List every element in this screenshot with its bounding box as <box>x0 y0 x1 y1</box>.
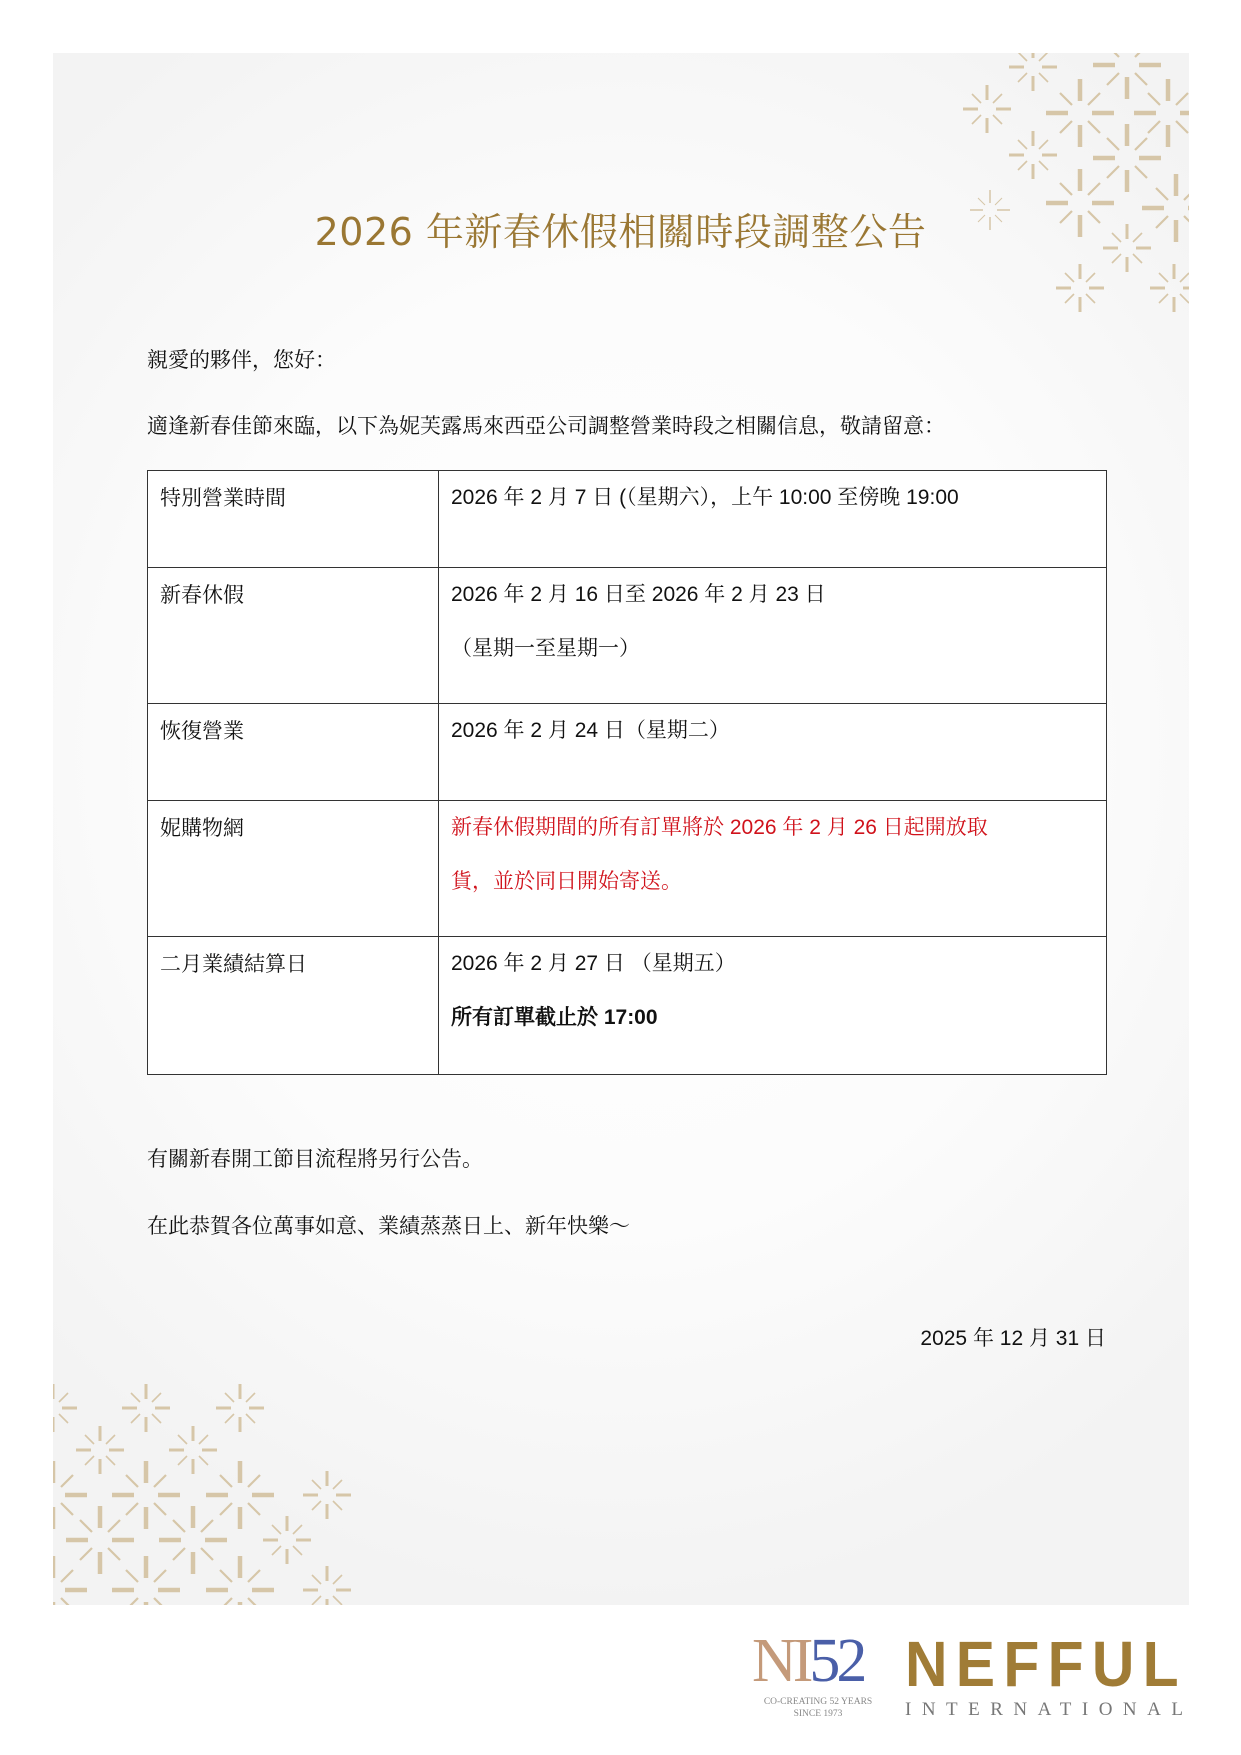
table-row: 特別營業時間 2026 年 2 月 7 日 (（星期六），上午 10:00 至傍… <box>148 471 1107 568</box>
row-label: 新春休假 <box>148 568 439 704</box>
table-row: 二月業績結算日 2026 年 2 月 27 日 （星期五） 所有訂單截止於 17… <box>148 937 1107 1075</box>
greeting-text: 親愛的夥伴，您好： <box>147 344 336 374</box>
row-value-highlight: 新春休假期間的所有訂單將於 2026 年 2 月 26 日起開放取 貨，並於同日… <box>439 801 1107 937</box>
row-label: 妮購物網 <box>148 801 439 937</box>
closing-greeting: 在此恭賀各位萬事如意、業績蒸蒸日上、新年快樂～ <box>147 1210 630 1240</box>
ni52-logo: NI52 CO-CREATING 52 YEARS SINCE 1973 <box>752 1630 884 1720</box>
announcement-date: 2025 年 12 月 31 日 <box>920 1322 1106 1352</box>
nefful-subtitle: INTERNATIONAL <box>905 1699 1193 1721</box>
row-label: 恢復營業 <box>148 704 439 801</box>
nefful-wordmark: NEFFUL <box>905 1632 1187 1696</box>
row-label: 特別營業時間 <box>148 471 439 568</box>
ni52-tagline: CO-CREATING 52 YEARS SINCE 1973 <box>752 1696 884 1720</box>
table-row: 妮購物網 新春休假期間的所有訂單將於 2026 年 2 月 26 日起開放取 貨… <box>148 801 1107 937</box>
closing-note: 有關新春開工節目流程將另行公告。 <box>147 1143 483 1173</box>
row-value: 2026 年 2 月 7 日 (（星期六），上午 10:00 至傍晚 19:00 <box>439 471 1107 568</box>
row-value: 2026 年 2 月 27 日 （星期五） 所有訂單截止於 17:00 <box>439 937 1107 1075</box>
table-row: 恢復營業 2026 年 2 月 24 日（星期二） <box>148 704 1107 801</box>
row-value: 2026 年 2 月 24 日（星期二） <box>439 704 1107 801</box>
ni52-mark: NI52 <box>752 1630 863 1692</box>
page-title: 2026 年新春休假相關時段調整公告 <box>0 201 1241 256</box>
schedule-table: 特別營業時間 2026 年 2 月 7 日 (（星期六），上午 10:00 至傍… <box>147 470 1107 1075</box>
row-value: 2026 年 2 月 16 日至 2026 年 2 月 23 日 （星期一至星期… <box>439 568 1107 704</box>
table-row: 新春休假 2026 年 2 月 16 日至 2026 年 2 月 23 日 （星… <box>148 568 1107 704</box>
row-label: 二月業績結算日 <box>148 937 439 1075</box>
nefful-logo: NEFFUL INTERNATIONAL <box>905 1632 1185 1722</box>
intro-text: 適逢新春佳節來臨，以下為妮芙露馬來西亞公司調整營業時段之相關信息，敬請留意： <box>147 410 945 440</box>
